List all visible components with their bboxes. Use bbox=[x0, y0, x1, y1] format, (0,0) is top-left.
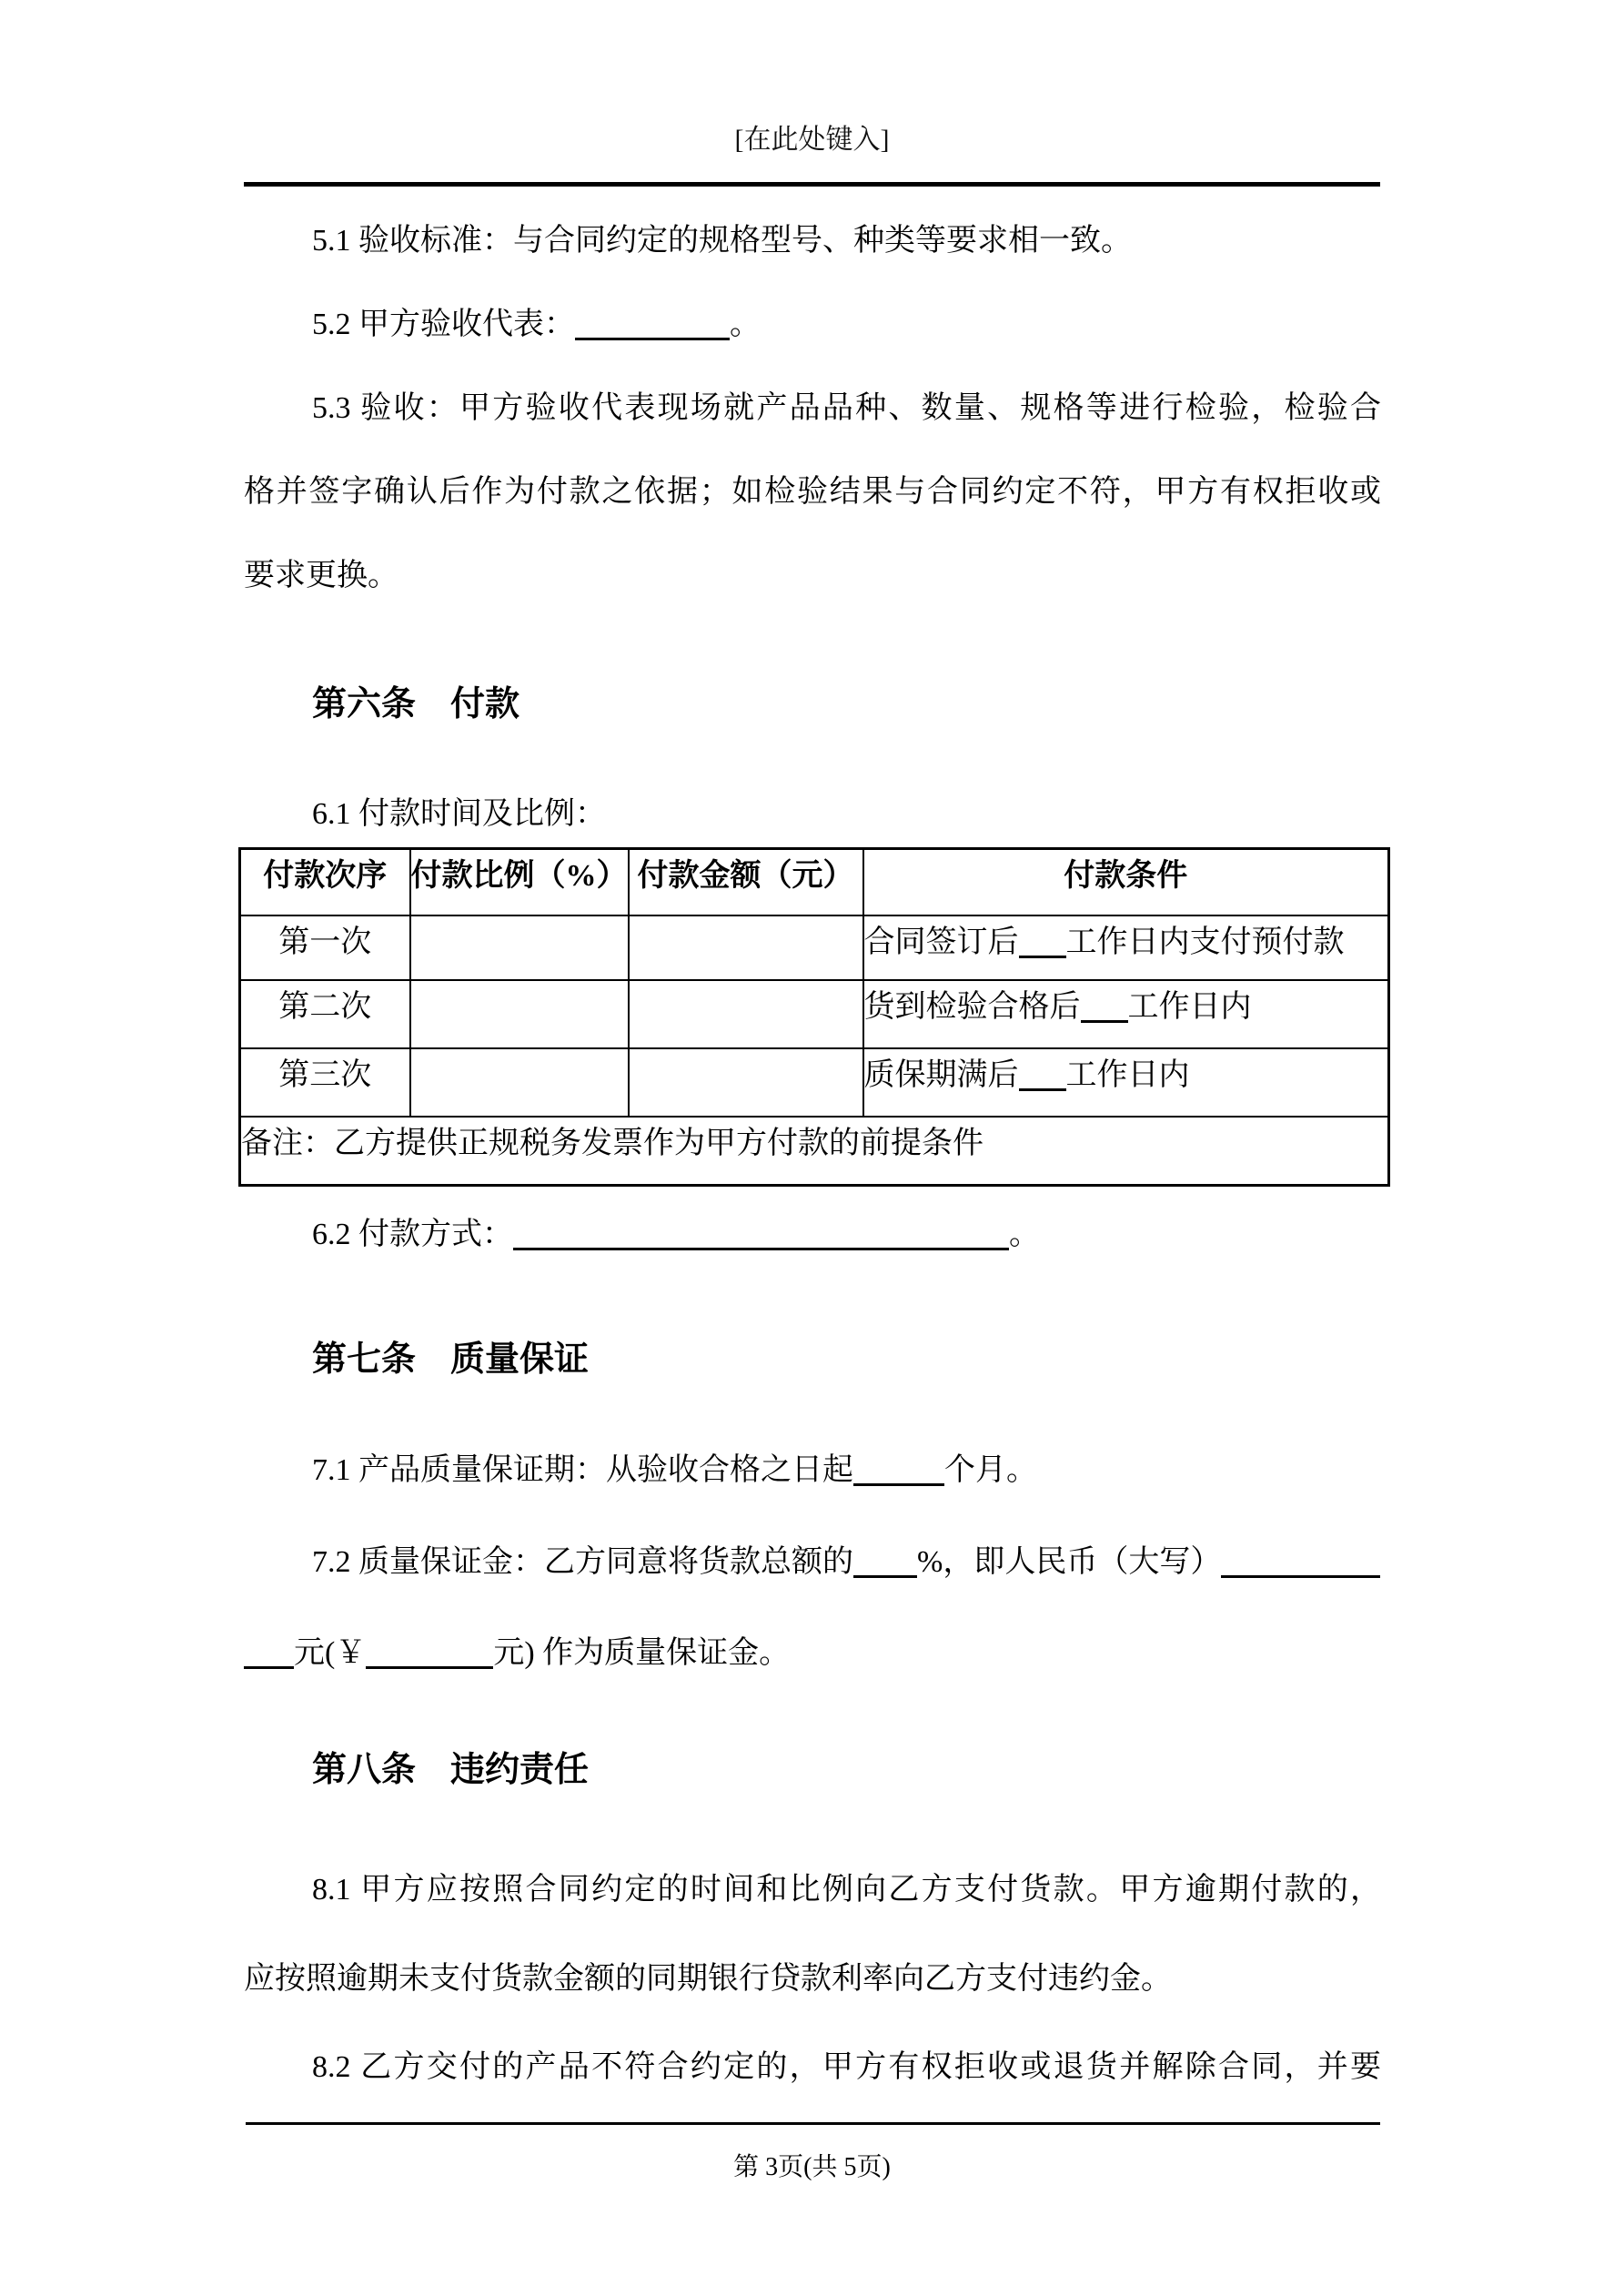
blank-field[interactable] bbox=[244, 1657, 294, 1669]
text-run: 工作日内 bbox=[1128, 990, 1252, 1024]
text-run: %，即人民币（大写） bbox=[917, 1545, 1221, 1579]
heading-article-6: 第六条 付款 bbox=[244, 663, 1381, 746]
column-header: 付款次序 bbox=[240, 849, 410, 915]
text-run: 5.3 验收：甲方验收代表现场就产品品种、数量、规格等进行检验，检验合 bbox=[312, 391, 1381, 425]
cell-payment-seq: 第三次 bbox=[240, 1048, 410, 1117]
clause-5-1: 5.1 验收标准：与合同约定的规格型号、种类等要求相一致。 bbox=[244, 199, 1381, 283]
clause-6-1: 6.1 付款时间及比例： bbox=[244, 773, 1381, 856]
clause-5-2: 5.2 甲方验收代表：。 bbox=[244, 283, 1381, 367]
text-run: 5.2 甲方验收代表： bbox=[312, 308, 575, 341]
cell-payment-amount[interactable] bbox=[629, 980, 863, 1048]
text-run: 第八条 违约责任 bbox=[312, 1751, 589, 1789]
text-run: 元) 作为质量保证金。 bbox=[493, 1636, 790, 1670]
text-run: 工作日内支付预付款 bbox=[1066, 925, 1345, 959]
blank-field[interactable] bbox=[853, 1474, 944, 1486]
text-run: 个月。 bbox=[944, 1453, 1037, 1487]
heading-article-7: 第七条 质量保证 bbox=[244, 1318, 1381, 1401]
cell-payment-ratio[interactable] bbox=[410, 915, 629, 980]
text-run: 备注：乙方提供正规税务发票作为甲方付款的前提条件 bbox=[241, 1127, 983, 1160]
column-header: 付款金额（元） bbox=[629, 849, 863, 915]
text-run: 6.2 付款方式： bbox=[312, 1218, 513, 1251]
text-run: 工作日内 bbox=[1066, 1058, 1190, 1092]
cell-note: 备注：乙方提供正规税务发票作为甲方付款的前提条件 bbox=[240, 1117, 1389, 1186]
blank-field[interactable] bbox=[1221, 1566, 1380, 1578]
table-header-row: 付款次序付款比例（%）付款金额（元）付款条件 bbox=[240, 849, 1389, 915]
clause-7-1: 7.1 产品质量保证期：从验收合格之日起个月。 bbox=[244, 1429, 1381, 1512]
text-run: 7.1 产品质量保证期：从验收合格之日起 bbox=[312, 1453, 853, 1487]
blank-field[interactable] bbox=[1019, 1079, 1066, 1091]
clause-5-3-l1: 5.3 验收：甲方验收代表现场就产品品种、数量、规格等进行检验，检验合 bbox=[244, 367, 1381, 450]
cell-payment-ratio[interactable] bbox=[410, 1048, 629, 1117]
clause-5-3-l2: 格并签字确认后作为付款之依据；如检验结果与合同约定不符，甲方有权拒收或 bbox=[244, 450, 1381, 534]
text-run: 8.2 乙方交付的产品不符合约定的，甲方有权拒收或退货并解除合同，并要 bbox=[312, 2050, 1381, 2084]
text-run: 货到检验合格后 bbox=[864, 990, 1081, 1024]
clause-7-2-l1: 7.2 质量保证金：乙方同意将货款总额的%，即人民币（大写） bbox=[244, 1517, 1381, 1608]
text-run: 。 bbox=[730, 308, 761, 341]
cell-payment-amount[interactable] bbox=[629, 1048, 863, 1117]
cell-payment-ratio[interactable] bbox=[410, 980, 629, 1048]
blank-field[interactable] bbox=[366, 1657, 493, 1669]
text-run: 合同签订后 bbox=[864, 925, 1019, 959]
column-header: 付款比例（%） bbox=[410, 849, 629, 915]
column-header: 付款条件 bbox=[863, 849, 1389, 915]
blank-field[interactable] bbox=[513, 1239, 1009, 1250]
cell-payment-condition: 质保期满后工作日内 bbox=[863, 1048, 1389, 1117]
text-run: 5.1 验收标准：与合同约定的规格型号、种类等要求相一致。 bbox=[312, 224, 1132, 258]
cell-payment-seq: 第一次 bbox=[240, 915, 410, 980]
table-row: 第二次货到检验合格后工作日内 bbox=[240, 980, 1389, 1048]
table-row: 第一次合同签订后工作日内支付预付款 bbox=[240, 915, 1389, 980]
blank-field[interactable] bbox=[575, 329, 730, 340]
cell-payment-condition: 货到检验合格后工作日内 bbox=[863, 980, 1389, 1048]
table-row: 第三次质保期满后工作日内 bbox=[240, 1048, 1389, 1117]
text-run: 格并签字确认后作为付款之依据；如检验结果与合同约定不符，甲方有权拒收或 bbox=[244, 475, 1381, 509]
payment-schedule-table: 付款次序付款比例（%）付款金额（元）付款条件第一次合同签订后工作日内支付预付款第… bbox=[238, 847, 1390, 1187]
text-run: 8.1 甲方应按照合同约定的时间和比例向乙方支付货款。甲方逾期付款的， bbox=[312, 1873, 1381, 1907]
text-run: 7.2 质量保证金：乙方同意将货款总额的 bbox=[312, 1545, 853, 1579]
text-run: 应按照逾期未支付货款金额的同期银行贷款利率向乙方支付违约金。 bbox=[244, 1962, 1172, 1996]
clause-6-2: 6.2 付款方式：。 bbox=[244, 1193, 1381, 1277]
cell-payment-seq: 第二次 bbox=[240, 980, 410, 1048]
clause-8-1-l1: 8.1 甲方应按照合同约定的时间和比例向乙方支付货款。甲方逾期付款的， bbox=[244, 1846, 1381, 1935]
header-placeholder[interactable]: [在此处键入] bbox=[0, 122, 1624, 158]
text-run: 要求更换。 bbox=[244, 559, 398, 592]
text-run: 质保期满后 bbox=[864, 1058, 1019, 1092]
table-note-row: 备注：乙方提供正规税务发票作为甲方付款的前提条件 bbox=[240, 1117, 1389, 1186]
document-content: 5.1 验收标准：与合同约定的规格型号、种类等要求相一致。5.2 甲方验收代表：… bbox=[244, 199, 1381, 2109]
clause-8-2: 8.2 乙方交付的产品不符合约定的，甲方有权拒收或退货并解除合同，并要 bbox=[244, 2026, 1381, 2109]
document-page: [在此处键入] 5.1 验收标准：与合同约定的规格型号、种类等要求相一致。5.2… bbox=[0, 0, 1624, 2296]
footer-rule bbox=[246, 2122, 1380, 2125]
blank-field[interactable] bbox=[1081, 1011, 1128, 1023]
clause-8-1-l2: 应按照逾期未支付货款金额的同期银行贷款利率向乙方支付违约金。 bbox=[244, 1935, 1381, 2024]
cell-payment-condition: 合同签订后工作日内支付预付款 bbox=[863, 915, 1389, 980]
text-run: 。 bbox=[1009, 1218, 1040, 1251]
text-run: 元(￥ bbox=[294, 1636, 366, 1670]
header-rule bbox=[244, 182, 1380, 187]
text-run: 6.1 付款时间及比例： bbox=[312, 797, 606, 831]
page-number: 第 3页(共 5页) bbox=[0, 2149, 1624, 2186]
cell-payment-amount[interactable] bbox=[629, 915, 863, 980]
blank-field[interactable] bbox=[853, 1566, 917, 1578]
clause-5-3-l3: 要求更换。 bbox=[244, 534, 1381, 618]
heading-article-8: 第八条 违约责任 bbox=[244, 1728, 1381, 1812]
text-run: 第七条 质量保证 bbox=[312, 1340, 589, 1379]
text-run: 第六条 付款 bbox=[312, 685, 519, 723]
clause-7-2-l2: 元(￥元) 作为质量保证金。 bbox=[244, 1608, 1381, 1699]
blank-field[interactable] bbox=[1019, 946, 1066, 958]
